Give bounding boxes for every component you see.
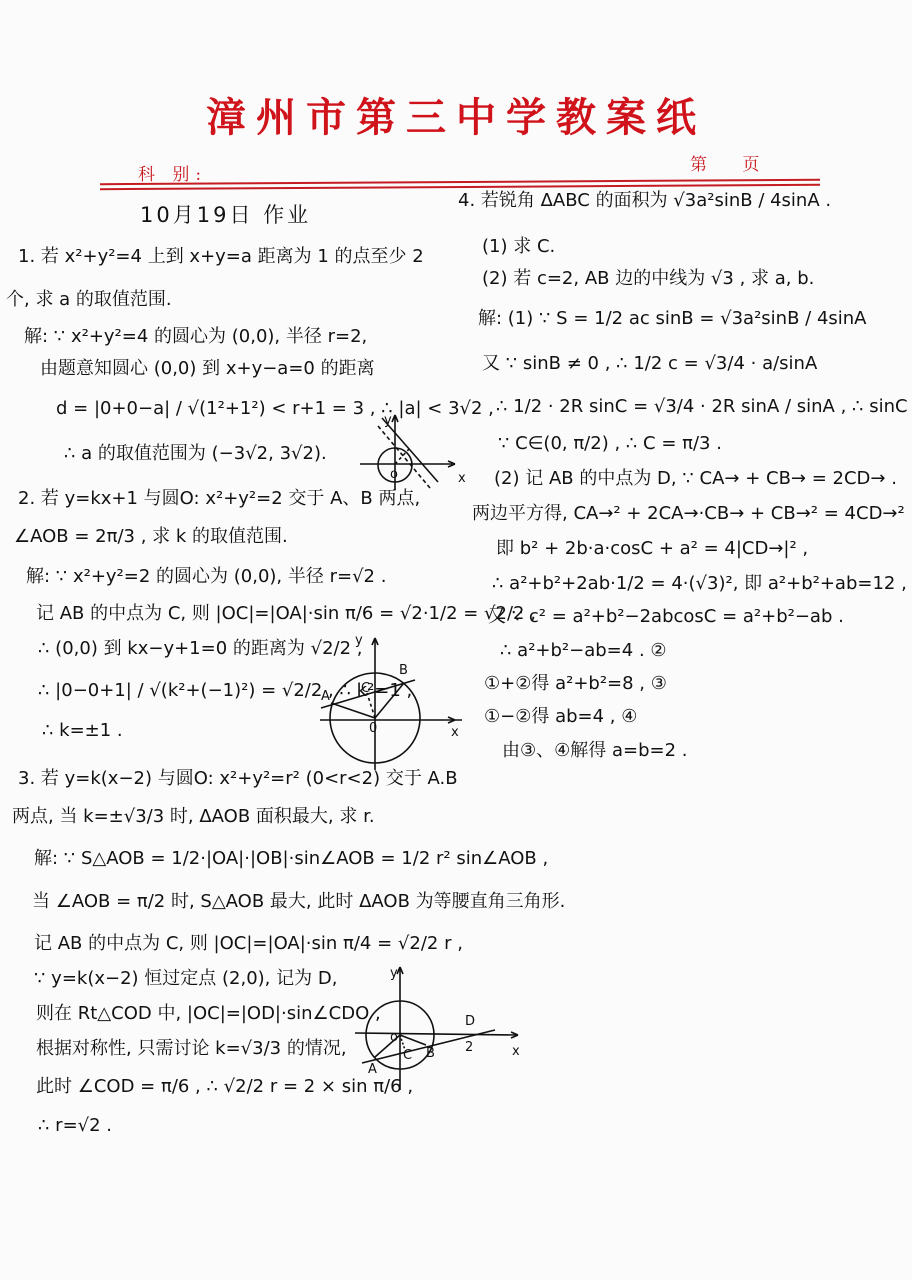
problem-2-solution-line-3: ∴ (0,0) 到 kx−y+1=0 的距离为 √2/2 , [38, 640, 363, 658]
problem-4-solution-line-8: ∴ a²+b²+2ab·1/2 = 4·(√3)², 即 a²+b²+ab=12… [492, 575, 912, 593]
svg-text:o: o [390, 1030, 398, 1045]
problem-3-solution-line-3: 记 AB 的中点为 C, 则 |OC|=|OA|·sin π/4 = √2/2 … [34, 935, 463, 953]
page-number-label: 第 页 [690, 150, 759, 175]
problem-2-solution-line-1: 解: ∵ x²+y²=2 的圆心为 (0,0), 半径 r=√2 . [26, 568, 386, 586]
svg-text:A: A [368, 1062, 377, 1077]
svg-text:B: B [426, 1046, 435, 1061]
problem-3-solution-line-4: ∵ y=k(x−2) 恒过定点 (2,0), 记为 D, [34, 970, 337, 988]
assignment-title: 10月19日 作业 [140, 205, 311, 226]
problem-3-solution-line-5: 则在 Rt△COD 中, |OC|=|OD|·sin∠CDO , [36, 1005, 381, 1023]
problem-4-solution-line-12: ①−②得 ab=4 , ④ [484, 708, 637, 726]
problem-2-solution-line-5: ∴ k=±1 . [42, 722, 123, 740]
subject-label: 科 别: [138, 160, 207, 185]
problem-4-solution-line-13: 由③、④解得 a=b=2 . [502, 742, 688, 760]
problem-2-question-line-2: ∠AOB = 2π/3 , 求 k 的取值范围. [14, 528, 288, 546]
svg-text:y: y [384, 413, 392, 428]
problem-4-solution-line-9: 又 ∵ c² = a²+b²−2abcosC = a²+b²−ab . [488, 608, 844, 626]
problem-2-question-line-1: 2. 若 y=kx+1 与圆O: x²+y²=2 交于 A、B 两点, [18, 490, 420, 508]
sheet-title: 漳州市第三中学教案纸 [0, 86, 912, 143]
problem-4-question-line-1: 4. 若锐角 ΔABC 的面积为 √3a²sinB / 4sinA . [458, 192, 831, 210]
problem-1-figure: yxo [360, 410, 470, 490]
problem-3-question-line-1: 3. 若 y=k(x−2) 与圆O: x²+y²=r² (0<r<2) 交于 A… [18, 770, 458, 788]
problem-3-question-line-2: 两点, 当 k=±√3/3 时, ΔAOB 面积最大, 求 r. [12, 808, 375, 826]
problem-3-solution-line-8: ∴ r=√2 . [38, 1117, 112, 1135]
problem-1-solution-line-2: 由题意知圆心 (0,0) 到 x+y−a=0 的距离 [40, 360, 375, 378]
svg-text:o: o [390, 467, 398, 482]
svg-text:C: C [361, 681, 370, 696]
svg-text:y: y [390, 966, 398, 981]
svg-text:D: D [465, 1014, 475, 1029]
problem-4-question-line-3: (2) 若 c=2, AB 边的中线为 √3 , 求 a, b. [482, 270, 814, 288]
svg-text:x: x [451, 725, 459, 740]
svg-text:C: C [403, 1048, 412, 1063]
problem-1-question-line-1: 1. 若 x²+y²=4 上到 x+y=a 距离为 1 的点至少 2 [18, 248, 424, 266]
problem-4-solution-line-1: 解: (1) ∵ S = 1/2 ac sinB = √3a²sinB / 4s… [478, 310, 867, 328]
problem-4-question-line-2: (1) 求 C. [482, 238, 555, 256]
problem-3-solution-line-6: 根据对称性, 只需讨论 k=√3/3 的情况, [36, 1040, 347, 1058]
problem-4-solution-line-5: (2) 记 AB 的中点为 D, ∵ CA→ + CB→ = 2CD→ . [494, 470, 897, 488]
problem-4-solution-line-2: 又 ∵ sinB ≠ 0 , ∴ 1/2 c = √3/4 · a/sinA [482, 355, 817, 373]
svg-text:x: x [512, 1044, 520, 1059]
svg-text:B: B [399, 663, 408, 678]
svg-text:A: A [321, 689, 330, 704]
svg-text:0: 0 [369, 721, 377, 736]
problem-2-figure: yx ABC0 [315, 630, 465, 770]
svg-text:2: 2 [465, 1040, 473, 1055]
problem-1-solution-line-1: 解: ∵ x²+y²=4 的圆心为 (0,0), 半径 r=2, [24, 328, 367, 346]
problem-4-solution-line-6: 两边平方得, CA→² + 2CA→·CB→ + CB→² = 4CD→² , [472, 505, 912, 523]
problem-3-solution-line-1: 解: ∵ S△AOB = 1/2·|OA|·|OB|·sin∠AOB = 1/2… [34, 850, 548, 868]
svg-text:x: x [458, 471, 466, 486]
problem-1-solution-line-4: ∴ a 的取值范围为 (−3√2, 3√2). [64, 445, 327, 463]
problem-1-question-line-2: 个, 求 a 的取值范围. [6, 291, 172, 309]
problem-4-solution-line-7: 即 b² + 2b·a·cosC + a² = 4|CD→|² , [496, 540, 808, 558]
problem-4-solution-line-4: ∵ C∈(0, π/2) , ∴ C = π/3 . [498, 435, 722, 453]
problem-4-solution-line-11: ①+②得 a²+b²=8 , ③ [484, 675, 667, 693]
svg-text:y: y [355, 633, 363, 648]
problem-2-solution-line-2: 记 AB 的中点为 C, 则 |OC|=|OA|·sin π/6 = √2·1/… [36, 605, 536, 623]
problem-4-solution-line-3: ∴ 1/2 · 2R sinC = √3/4 · 2R sinA / sinA … [496, 398, 912, 416]
problem-3-figure: yx D2 ABCo [350, 955, 530, 1090]
problem-3-solution-line-2: 当 ∠AOB = π/2 时, S△AOB 最大, 此时 ΔAOB 为等腰直角三… [32, 893, 565, 911]
problem-4-solution-line-10: ∴ a²+b²−ab=4 . ② [500, 642, 667, 660]
